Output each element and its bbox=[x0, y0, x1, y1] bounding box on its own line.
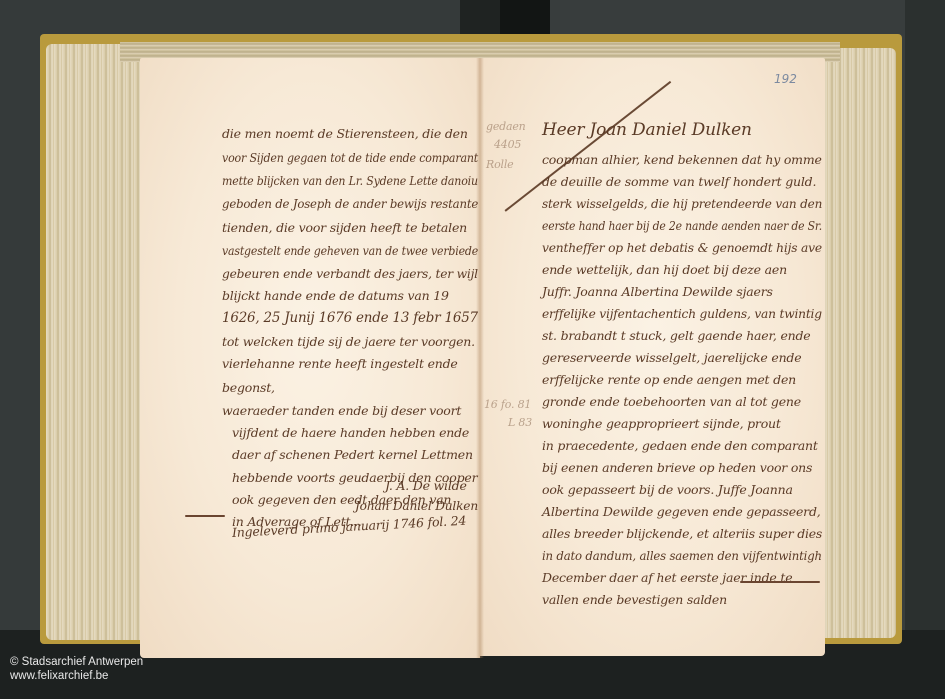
right-line: Albertina Dewilde gegeven ende gepasseer… bbox=[542, 504, 821, 519]
left-line: daer af schenen Pedert kernel Lettmen bbox=[232, 447, 473, 462]
right-line: ook gepasseert bij de voors. Juffe Joann… bbox=[542, 482, 793, 497]
right-line: alles breeder blijckende, et alteriis su… bbox=[542, 526, 822, 541]
right-line: bij eenen anderen brieve op heden voor o… bbox=[542, 460, 812, 475]
signature-de-wilde: J. A. De wilde bbox=[385, 478, 467, 493]
right-line: erffelijke vijfentachentich guldens, van… bbox=[542, 306, 822, 321]
right-line: ventheffer op het debatis & genoemdt hij… bbox=[542, 240, 822, 255]
left-line: geboden de Joseph de ander bewijs restan… bbox=[222, 196, 478, 211]
right-line: gereserveerde wisselgelt, jaerelijcke en… bbox=[542, 350, 801, 365]
margin-note: L 83 bbox=[508, 416, 532, 429]
right-line: Juffr. Joanna Albertina Dewilde sjaers bbox=[542, 284, 773, 299]
right-line: sterk wisselgelds, die hij pretendeerde … bbox=[542, 196, 822, 211]
left-line: blijckt hande ende de datums van 19 bbox=[222, 288, 449, 303]
background-panel-far-right bbox=[905, 0, 945, 699]
left-line: tienden, die voor sijden heeft te betale… bbox=[222, 220, 467, 235]
left-line: mette blijcken van den Lr. Sydene Lette … bbox=[222, 173, 478, 188]
right-line: ende wettelijk, dan hij doet bij deze ae… bbox=[542, 262, 787, 277]
margin-note: gedaen bbox=[486, 120, 526, 133]
right-line: in dato dandum, alles saemen den vijfent… bbox=[542, 548, 822, 563]
right-end-rule bbox=[740, 581, 820, 583]
right-line: coopman alhier, kend bekennen dat hy omm… bbox=[542, 152, 822, 167]
left-line-dates: 1626, 25 Junij 1676 ende 13 febr 1657 bbox=[222, 310, 478, 326]
margin-note: 16 fo. 81 bbox=[484, 398, 531, 411]
margin-note: Rolle bbox=[486, 158, 513, 171]
signature-dulken: Johan Daniel Dulken bbox=[355, 498, 478, 513]
right-line: gronde ende toebehoorten van al tot gene bbox=[542, 394, 801, 409]
right-line: de deuille de somme van twelf hondert gu… bbox=[542, 174, 816, 189]
left-line: die men noemt de Stierensteen, die den bbox=[222, 126, 468, 141]
archive-url: www.felixarchief.be bbox=[10, 669, 143, 683]
left-line: gebeuren ende verbandt des jaers, ter wi… bbox=[222, 266, 478, 281]
left-line: vierlehanne rente heeft ingestelt ende bbox=[222, 356, 458, 371]
right-line: st. brabandt t stuck, gelt gaende haer, … bbox=[542, 328, 811, 343]
right-line-heading: Heer Joan Daniel Dulken bbox=[542, 120, 752, 140]
left-line: voor Sijden gegaen tot de tide ende comp… bbox=[222, 150, 478, 165]
left-line: begonst, bbox=[222, 380, 275, 395]
page-stack-left bbox=[46, 44, 146, 640]
book-gutter bbox=[476, 58, 484, 658]
left-dash-mark bbox=[185, 515, 225, 517]
left-line: vastgestelt ende geheven van de twee ver… bbox=[222, 243, 478, 258]
copyright-watermark: © Stadsarchief Antwerpen www.felixarchie… bbox=[10, 655, 143, 683]
left-line: vijfdent de haere handen hebben ende bbox=[232, 425, 469, 440]
left-line: waeraeder tanden ende bij deser voort bbox=[222, 403, 461, 418]
right-line: vallen ende bevestigen salden bbox=[542, 592, 727, 607]
copyright-text: © Stadsarchief Antwerpen bbox=[10, 655, 143, 669]
page-stack-right bbox=[820, 48, 896, 638]
page-number: 192 bbox=[774, 72, 797, 86]
right-line: woninghe geapproprieert sijnde, prout bbox=[542, 416, 781, 431]
margin-note: 4405 bbox=[494, 138, 521, 151]
left-line: tot welcken tijde sij de jaere ter voorg… bbox=[222, 334, 475, 349]
right-line: eerste hand haer bij de 2e nande aenden … bbox=[542, 218, 822, 233]
right-line: erffelijcke rente op ende aengen met den bbox=[542, 372, 796, 387]
right-line: in praecedente, gedaen ende den comparan… bbox=[542, 438, 818, 453]
